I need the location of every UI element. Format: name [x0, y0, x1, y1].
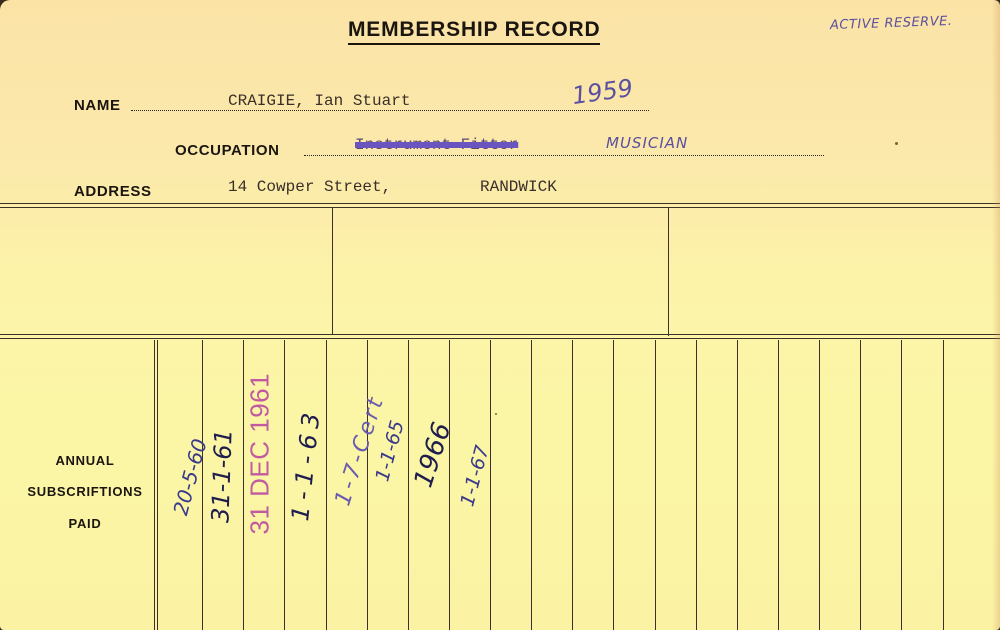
grid-line — [572, 340, 573, 630]
grid-line — [819, 340, 820, 630]
grid-line — [737, 340, 738, 630]
grid-line — [202, 340, 203, 630]
subscriptions-label: SUBSCRIFTIONS — [0, 484, 170, 499]
middle-divider-1 — [332, 208, 333, 334]
name-value: CRAIGIE, Ian Stuart — [228, 92, 410, 110]
name-label: NAME — [74, 97, 121, 114]
subscription-entry-8: 1-1-67 — [450, 420, 500, 532]
divider-bottom-2 — [0, 338, 1000, 339]
grid-line — [860, 340, 861, 630]
occupation-dotted-line — [304, 155, 824, 156]
grid-line — [696, 340, 697, 630]
name-dotted-line — [131, 110, 649, 111]
grid-line — [778, 340, 779, 630]
occupation-handwritten-value: MUSICIAN — [606, 134, 688, 152]
grid-line — [943, 340, 944, 630]
paid-label: PAID — [0, 516, 170, 531]
address-suburb: RANDWICK — [480, 178, 557, 196]
divider-top-1 — [0, 203, 1000, 204]
subscription-entry-7: 1966 — [405, 408, 461, 503]
grid-line — [655, 340, 656, 630]
grid-line — [284, 340, 285, 630]
card-title: MEMBERSHIP RECORD — [348, 18, 600, 45]
grid-line — [449, 340, 450, 630]
ink-spot — [895, 142, 898, 145]
subscription-entry-2: 31-1-61 — [206, 426, 237, 527]
membership-record-card: MEMBERSHIP RECORD ACTIVE RESERVE. NAME C… — [0, 0, 1000, 630]
occupation-label: OCCUPATION — [175, 142, 280, 159]
subscription-entry-3-stamp: 31 DEC 1961 — [245, 385, 276, 535]
active-reserve-annotation: ACTIVE RESERVE. — [830, 14, 953, 33]
grid-line — [531, 340, 532, 630]
grid-line — [613, 340, 614, 630]
ink-spot — [495, 413, 497, 415]
divider-top-2 — [0, 207, 1000, 208]
address-label: ADDRESS — [74, 183, 152, 200]
divider-bottom-1 — [0, 334, 1000, 335]
grid-line — [326, 340, 327, 630]
middle-divider-2 — [668, 208, 669, 336]
address-street: 14 Cowper Street, — [228, 178, 391, 196]
subscription-entry-4: 1-1-63 — [285, 393, 327, 535]
year-annotation: 1959 — [570, 74, 634, 110]
annual-label: ANNUAL — [0, 453, 170, 468]
grid-line — [901, 340, 902, 630]
occupation-struck-value: Instrument Fitter — [355, 136, 518, 154]
grid-line — [490, 340, 491, 630]
